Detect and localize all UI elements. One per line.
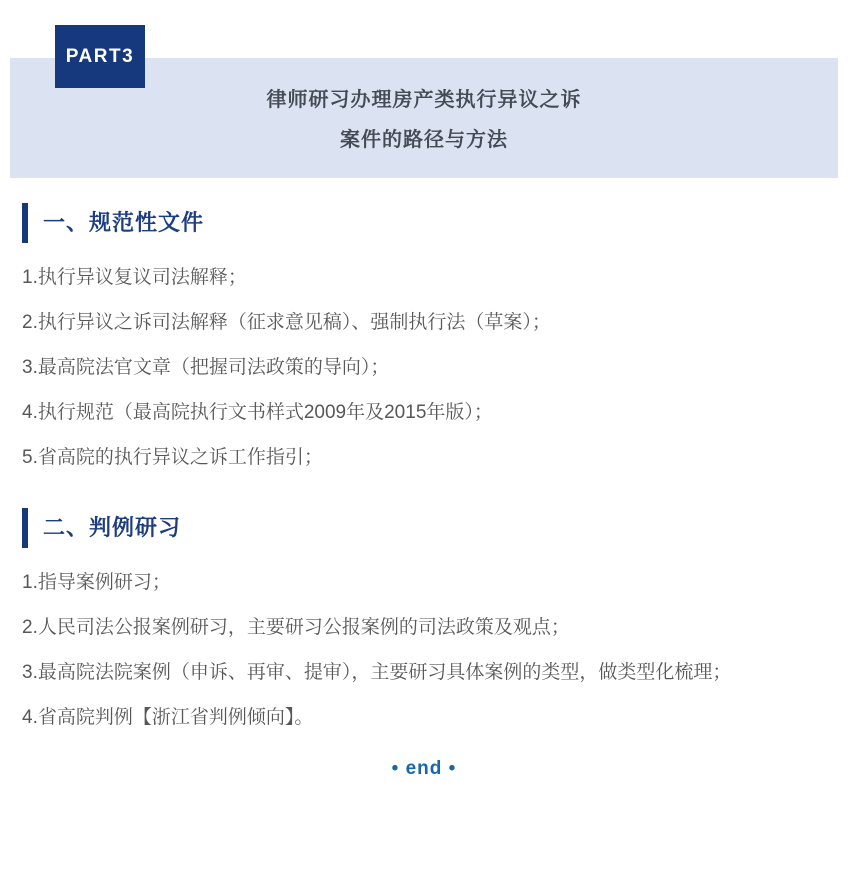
section-list-normative-documents: 1.执行异议复议司法解释； 2.执行异议之诉司法解释（征求意见稿）、强制执行法（… [22, 268, 826, 468]
section-heading-label: 一、规范性文件 [43, 210, 204, 235]
list-item: 4.省高院判例【浙江省判例倾向】。 [22, 708, 826, 728]
section-heading-case-study: 二、判例研习 [22, 508, 826, 548]
page-title-line-2: 案件的路径与方法 [10, 120, 838, 160]
section-heading-label: 二、判例研习 [43, 515, 181, 540]
article-body: 一、规范性文件 1.执行异议复议司法解释； 2.执行异议之诉司法解释（征求意见稿… [22, 178, 826, 780]
list-item: 2.执行异议之诉司法解释（征求意见稿）、强制执行法（草案）； [22, 313, 826, 333]
list-item: 1.执行异议复议司法解释； [22, 268, 826, 288]
list-item: 1.指导案例研习； [22, 573, 826, 593]
list-item: 4.执行规范（最高院执行文书样式2009年及2015年版）； [22, 403, 826, 423]
list-item: 3.最高院法官文章（把握司法政策的导向）； [22, 358, 826, 378]
list-item: 3.最高院法院案例（申诉、再审、提审），主要研习具体案例的类型，做类型化梳理； [22, 663, 826, 683]
section-list-case-study: 1.指导案例研习； 2.人民司法公报案例研习，主要研习公报案例的司法政策及观点；… [22, 573, 826, 728]
part-badge: PART3 [55, 25, 145, 88]
part-badge-label: PART3 [66, 46, 134, 68]
end-marker: • end • [22, 758, 826, 780]
list-item: 2.人民司法公报案例研习，主要研习公报案例的司法政策及观点； [22, 618, 826, 638]
list-item: 5.省高院的执行异议之诉工作指引； [22, 448, 826, 468]
section-heading-normative-documents: 一、规范性文件 [22, 203, 826, 243]
